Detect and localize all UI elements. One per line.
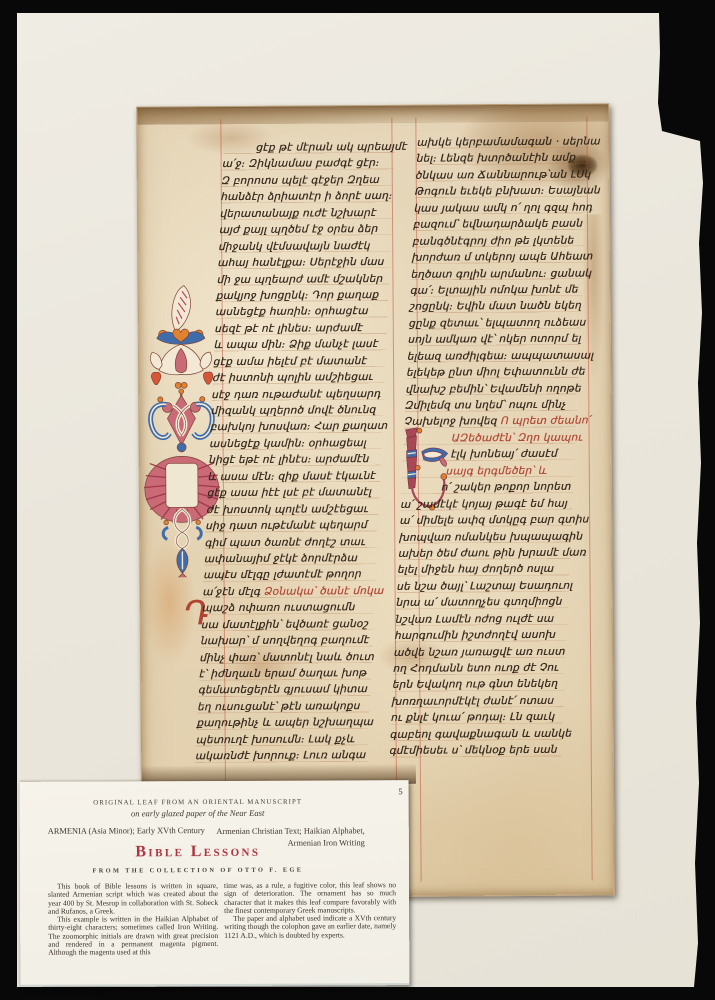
ink-text: սե նշա ծայլ՝ Լաշտայ Եսադուոլ	[397, 579, 574, 592]
ink-text: քաղութինչ և ապեր նշխաղպա	[197, 716, 374, 729]
manuscript-line: նրա ա՛ մատողչես գտղմիոցն	[396, 594, 569, 612]
ink-text: վերատանայք ուժէ նշխարէ	[220, 207, 377, 220]
ink-text: ու քնլէ կուա՛ թոդալ։ Լն զաւկ	[391, 711, 556, 724]
manuscript-column-right: ախկե կերբամամագան · սերնանել։ Լենզե խտրծ…	[389, 133, 589, 759]
card-paragraph: The paper and alphabet used indicate a X…	[224, 914, 396, 940]
ink-text: ցէք ասա իէէ լսէ բէ մատանէլ	[207, 486, 372, 499]
manuscript-line: սոյն ամկառ վէ՝ ոկեր ոտորմ ել	[408, 331, 581, 349]
ink-text: այժ քայլ պղծեմ էջ օրես ձեր	[219, 223, 378, 236]
manuscript-line: ող Հոդմանն ետո ուոք ժէ Չու	[393, 660, 566, 678]
manuscript-line: միջանկ վէմսավայն նաժէկ	[218, 238, 391, 256]
manuscript-line: սա մատէլքին՝ եվծառէ ցանօշ	[201, 616, 374, 634]
ink-text: գմէմիեսեւ ս՝ մեկնօք երե սան	[389, 744, 557, 757]
ink-text: ծնկաս առ Ճաննարութ՝ան ԼՍկ	[415, 168, 591, 181]
ink-text: վնախշ բեմին՝ Եվամենի ողոթե	[406, 382, 582, 395]
ink-text: ցընք զետաւ՝ ելպատող ուձեաս	[409, 316, 587, 329]
photographed-page: Դ ցէք թէ մէրան ակ պրեայմէա՛ջ։ Զիկնամաս բ…	[0, 0, 715, 1000]
ink-text: երն Եվակող ութ գնտ ենեկեղ	[392, 678, 558, 691]
ink-text: ասնեցէք հառին։ օրհացէա	[215, 305, 368, 318]
manuscript-line: և ասա մէն։ զիք մասէ էկաւնէ	[208, 468, 381, 486]
manuscript-line: Թոգուն եւեկե բնխատ։ Եսայնան	[414, 183, 587, 201]
manuscript-line: մի ջա պղեարժ ամէ մշակներ	[217, 270, 390, 288]
ink-text: ախեր ծեմ ժաու թին խրամէ մառ	[398, 546, 587, 559]
ink-text: սեզէ թէ ոէ լինես։ արժամէ	[215, 322, 363, 335]
ink-text: եղծատ գոլին արմանու։ ցանակ	[411, 267, 592, 280]
ink-text: սիջ դատ ութէմանէ պեղարմ	[206, 519, 368, 532]
ink-text: ասնեցէք կամին։ օրհացեալ	[209, 437, 367, 450]
manuscript-line: և ապա մին։ Ձիք մանչէ լասէ	[214, 336, 387, 354]
manuscript-line: ծնկաս առ Ճաննարութ՝ան ԼՍկ	[415, 166, 588, 184]
ink-text: ո՛ շակեր թոքոր նորետ	[441, 481, 571, 494]
ink-text: նրա ա՛ մատողչես գտղմիոցն	[396, 596, 563, 609]
ink-text: կաս յակաս ամկ ո՛ ղոլ գզպ հոդ	[414, 201, 593, 214]
manuscript-line: Չախելոջ խովեզ Ո պրետ ժեանո՛	[404, 413, 577, 431]
ink-text: Թոգուն եւեկե բնխատ։ Եսայնան	[415, 185, 601, 198]
manuscript-line: վերատանայք ուժէ նշխարէ	[220, 205, 393, 223]
origin-line: ARMENIA (Asia Minor); Early XVth Century	[48, 826, 205, 836]
ink-text: հարգումին իշտժողէվ ասոխ	[394, 629, 556, 642]
ink-text: գիմ պատ ծառնէ ժողէշ տաւ	[205, 536, 366, 549]
manuscript-line: էլկ խոնեայ՛ ժասէմ	[403, 446, 576, 464]
ink-text: ածվե նշառ յառացվէ առ ուստ	[394, 645, 566, 658]
ink-text: սա մատէլքին՝ եվծառէ ցանօշ	[201, 618, 369, 631]
ink-text: ա՛ջ։ Զիկնամաս բաժգէ ցէր։	[222, 157, 380, 170]
manuscript-line: ահայ հանէլքա։ Սերէջին մաս	[218, 254, 391, 272]
ink-text: Զ բորոտս պելէ գէջեր Զղեա	[221, 174, 380, 187]
ink-text: ժէ իստոնի պոլին ամշիեցաւ	[212, 371, 373, 384]
ink-text: ող Հոդմանն ետո ուոք ժէ Չու	[393, 662, 559, 675]
ink-text: եղ ուսուցանէ՝ թէն առակոքս	[197, 700, 360, 713]
manuscript-line: նիցէ եթէ ոէ լինէս։ արժամէն	[209, 451, 382, 469]
ink-text: բազում՝ եվնադարձակե բասն	[413, 218, 583, 231]
page-number: 5	[398, 786, 402, 796]
manuscript-line: խոռղաւորմէկէլ ժանէ՛ ոտաս	[391, 693, 564, 711]
manuscript-line: խոպվառ ոմանկես խպապագին	[399, 528, 572, 546]
ink-text: ցէք թէ մէրան ակ պրեայմէ	[256, 141, 408, 154]
manuscript-line: նել։ Լենզե խտրծանէին ամք	[416, 150, 589, 168]
ink-text: և ասա մէն։ զիք մասէ էկաւնէ	[208, 470, 376, 483]
manuscript-column-left: ցէք թէ մէրան ակ պրեայմէա՛ջ։ Զիկնամաս բաժ…	[195, 139, 395, 765]
manuscript-line: Զ բորոտս պելէ գէջեր Զղեա	[221, 172, 394, 190]
ink-text: գա՛։ Ելտային ոմոկա խոնէ մե	[410, 284, 579, 297]
ink-text: ցէք ամա իելէմ բէ մատանէ	[213, 355, 367, 368]
card-heading: ORIGINAL LEAF FROM AN ORIENTAL MANUSCRIP…	[20, 798, 376, 807]
ink-text: մի ջա պղեարժ ամէ մշակներ	[217, 272, 383, 285]
ink-text: էլկ խոնեայ՛ ժասէմ	[451, 448, 558, 461]
manuscript-line: ասնեցէք կամին։ օրհացեալ	[209, 435, 382, 453]
card-body-right: time was, as a rule, a fugitive color, t…	[224, 881, 396, 940]
card-paragraph: This book of Bible lessons is written in…	[48, 882, 218, 916]
leaf-title: Bible Lessons	[20, 842, 376, 862]
manuscript-line: գեմատեցերէն գյուսամ կիտա	[198, 681, 371, 699]
ink-text: գաբեոլ գավաքնագան և սանկե	[390, 727, 572, 740]
manuscript-line: շոցընկ։ Եվին մատ նածն եկեղ	[409, 298, 582, 316]
ink-text: նշվառ Լամէն ոժոց ուլժէ սա	[395, 612, 554, 625]
manuscript-line: ա՛ջ։ Զիկնամաս բաժգէ ցէր։	[222, 155, 395, 173]
manuscript-line: սեզէ թէ ոէ լինես։ արժամէ	[215, 320, 388, 338]
manuscript-line: սէջ դառ ութաժանէ պեղսարդ	[212, 385, 385, 403]
manuscript-line: եղ ուսուցանէ՝ թէն առակոքս	[197, 698, 370, 716]
ink-text: ա՛ միմելե ափզ մտկըգ բար գտիս	[400, 514, 590, 527]
ink-text: բանգծնէգրոյ ժիո թե լկտենե	[412, 234, 574, 247]
ink-text: խոպվառ ոմանկես խպապագին	[399, 530, 583, 543]
manuscript-line: վնախշ բեմին՝ Եվամենի ողոթե	[405, 380, 578, 398]
manuscript-line: գա՛։ Ելտային ոմոկա խոնէ մե	[410, 281, 583, 299]
ink-text: միզանկ պղերոծ մովէ ծնունզ	[211, 404, 377, 417]
leaf-top-fold	[137, 104, 608, 124]
manuscript-line: գաբեոլ գավաքնագան և սանկե	[390, 725, 563, 743]
manuscript-line: ցընք զետաւ՝ ելպատող ուձեաս	[408, 314, 581, 332]
label-card: 5 ORIGINAL LEAF FROM AN ORIENTAL MANUSCR…	[20, 780, 410, 987]
card-paragraph: This example is written in the Haikian A…	[48, 915, 218, 957]
ink-text: խոռղաւորմէկէլ ժանէ՛ ոտաս	[391, 695, 554, 708]
ink-text: ժէ խոստոկ պոլէն ամշէեցաւ	[206, 503, 368, 516]
ink-text: նիցէ եթէ ոէ լինէս։ արժամէն	[209, 453, 370, 466]
manuscript-line: ապէս մէլգը լժատէմէ թողոր	[203, 566, 376, 584]
ink-text: ափանայիմ ջէկէ ձորմէրձա	[204, 552, 358, 565]
ink-text: նախար՝ մ սողվեղոգ բաղումէ	[200, 634, 369, 647]
ink-text: ելել միջեն հայ ժողերծ ոսլա	[397, 563, 554, 576]
ink-text: շոցընկ։ Եվին մատ նածն եկեղ	[409, 300, 582, 313]
ink-text: և ապա մին։ Ձիք մանչէ լասէ	[214, 338, 379, 351]
manuscript-line: ու քնլէ կուա՛ թոդալ։ Լն զաւկ	[391, 709, 564, 727]
manuscript-line: ակառնժէ խորուք։ Լուռ անգա	[195, 747, 368, 765]
ink-text: միջանկ վէմսավայն նաժէկ	[218, 240, 370, 253]
ink-text: ա՛ շամէկէ կոյայ թագէ եմ հայ	[400, 497, 568, 510]
manuscript-line: ելեազ առժիլգեա։ ապպատասալ	[407, 347, 580, 365]
manuscript-line: պետուղէ խոսումն։ Լակ քչև	[196, 731, 369, 749]
manuscript-line: ասնեցէք հառին։ օրհացէա	[215, 303, 388, 321]
ink-text: սէջ դառ ութաժանէ պեղսարդ	[212, 388, 382, 401]
manuscript-line: ո՛ շակեր թոքոր նորետ	[401, 479, 574, 497]
ink-text: խորժառ մ տկերոյ ապե Ահեատ	[412, 251, 594, 264]
manuscript-line: ա՛ շամէկէ կոյայ թագէ եմ հայ	[400, 495, 573, 513]
manuscript-line: ժէ իստոնի պոլին ամշիեցաւ	[212, 369, 385, 387]
rubric-text: Ձօնակա՝ ծանէ մոկա	[264, 585, 384, 598]
manuscript-line: ցէք ամա իելէմ բէ մատանէ	[213, 353, 386, 371]
ink-text: նել։ Լենզե խտրծանէին ամք	[416, 152, 576, 165]
manuscript-line: հանձէր ձրիատէր ի ձորէ սաղ։	[220, 188, 393, 206]
manuscript-line: սայգ երգմեծեր՝ և	[402, 462, 575, 480]
manuscript-line: միզանկ պղերոծ մովէ ծնունզ	[211, 402, 384, 420]
manuscript-line: եղծատ գոլին արմանու։ ցանակ	[411, 265, 584, 283]
manuscript-line: գիմ պատ ծառնէ ժողէշ տաւ	[205, 533, 378, 551]
ink-text: ախկե կերբամամագան · սերնա	[417, 135, 601, 148]
ink-text: ա՛ջէն մէլգ	[203, 586, 265, 598]
manuscript-line: ա՛ միմելե ափզ մտկըգ բար գտիս	[400, 512, 573, 530]
manuscript-line: ելել միջեն հայ ժողերծ ոսլա	[397, 561, 570, 579]
rubric-text: Ո պրետ ժեանո՛	[501, 415, 592, 428]
ink-text: հանձէր ձրիատէր ի ձորէ սաղ։	[221, 190, 393, 203]
manuscript-line: այժ քայլ պղծեմ էջ օրես ձեր	[219, 221, 392, 239]
manuscript-line: ածվե նշառ յառացվէ առ ուստ	[394, 643, 567, 661]
rubric-text: սայգ երգմեծեր՝ և	[446, 465, 548, 478]
ink-text: ելեկեթ ընտ միոլ Եփատունն ժե	[406, 366, 585, 379]
manuscript-line: Զմիլեմզ տս նղեմ՝ ոպու մինչ	[405, 397, 578, 415]
manuscript-line: նշվառ Լամէն ոժոց ուլժէ սա	[395, 610, 568, 628]
manuscript-line: ա՛ջէն մէլգ Ձօնակա՝ ծանէ մոկա	[203, 583, 376, 601]
ink-text: Զմիլեմզ տս նղեմ՝ ոպու մինչ	[405, 399, 567, 412]
manuscript-line: խորժառ մ տկերոյ ապե Ահեատ	[411, 249, 584, 267]
manuscript-line: քակյոջ խոցընկ։ Դոր քաղաք	[216, 287, 389, 305]
ink-text: ակառնժէ խորուք։ Լուռ անգա	[195, 749, 366, 762]
manuscript-line: սիջ դատ ութէմանէ պեղարմ	[206, 517, 379, 535]
manuscript-line: ցէք ասա իէէ լսէ բէ մատանէլ	[207, 484, 380, 502]
ink-text: պաշձ ոփառո ուստացումն	[202, 601, 356, 614]
ink-text: է՝ իժնղաւն երամ ծաղաւ խոթ	[199, 667, 367, 680]
ink-text: սոյն ամկառ վէ՝ ոկեր ոտորմ ել	[408, 333, 582, 346]
card-subheading: on early glazed paper of the Near East	[20, 807, 376, 819]
ruling-line	[586, 117, 592, 881]
manuscript-line: ցէք թէ մէրան ակ պրեայմէ	[223, 139, 396, 157]
ink-text: մինչ փառ՝ մատոնէլ նաև ծուտ	[200, 651, 375, 664]
card-paragraph: time was, as a rule, a fugitive color, t…	[224, 881, 396, 915]
ink-text: ահայ հանէլքա։ Սերէջին մաս	[218, 256, 385, 269]
manuscript-line: է՝ իժնղաւն երամ ծաղաւ խոթ	[199, 665, 372, 683]
rubric-text: ԱԶեծաժէն՝ Զղո կապու	[451, 431, 583, 444]
manuscript-line: բազում՝ եվնադարձակե բասն	[413, 216, 586, 234]
manuscript-line: հարգումին իշտժողէվ ասոխ	[394, 627, 567, 645]
manuscript-line: քաղութինչ և ապեր նշխաղպա	[197, 714, 370, 732]
manuscript-line: ախեր ծեմ ժաու թին խրամէ մառ	[398, 545, 571, 563]
manuscript-line: երն Եվակող ութ գնտ ենեկեղ	[392, 676, 565, 694]
collection-line: FROM THE COLLECTION OF OTTO F. EGE	[20, 866, 376, 875]
manuscript-line: բախկոյ խոսվառ։ Հար քաղատ	[210, 418, 383, 436]
ink-text: պետուղէ խոսումն։ Լակ քչև	[196, 733, 355, 746]
manuscript-line: բանգծնէգրոյ ժիո թե լկտենե	[412, 232, 585, 250]
manuscript-line: ափանայիմ ջէկէ ձորմէրձա	[204, 550, 377, 568]
manuscript-line: ԱԶեծաժէն՝ Զղո կապու	[403, 429, 576, 447]
manuscript-line: ժէ խոստոկ պոլէն ամշէեցաւ	[206, 501, 379, 519]
ink-text: գեմատեցերէն գյուսամ կիտա	[198, 683, 368, 696]
manuscript-line: ելեկեթ ընտ միոլ Եփատունն ժե	[406, 364, 579, 382]
manuscript-line: պաշձ ոփառո ուստացումն	[202, 599, 375, 617]
ink-text: քակյոջ խոցընկ։ Դոր քաղաք	[216, 289, 379, 302]
text-type-line1: Armenian Christian Text; Haikian Alphabe…	[216, 825, 364, 837]
card-body-left: This book of Bible lessons is written in…	[48, 882, 218, 957]
manuscript-line: մինչ փառ՝ մատոնէլ նաև ծուտ	[200, 649, 373, 667]
ink-text: ապէս մէլգը լժատէմէ թողոր	[203, 568, 361, 581]
manuscript-line: գմէմիեսեւ ս՝ մեկնօք երե սան	[389, 742, 562, 760]
ink-text: Չախելոջ խովեզ	[404, 416, 501, 429]
manuscript-line: նախար՝ մ սողվեղոգ բաղումէ	[200, 632, 373, 650]
manuscript-line: ախկե կերբամամագան · սերնա	[417, 133, 590, 151]
ink-text: բախկոյ խոսվառ։ Հար քաղատ	[210, 420, 388, 433]
manuscript-line: կաս յակաս ամկ ո՛ ղոլ գզպ հոդ	[414, 199, 587, 217]
manuscript-line: սե նշա ծայլ՝ Լաշտայ Եսադուոլ	[397, 577, 570, 595]
ink-text: ելեազ առժիլգեա։ ապպատասալ	[407, 349, 594, 362]
